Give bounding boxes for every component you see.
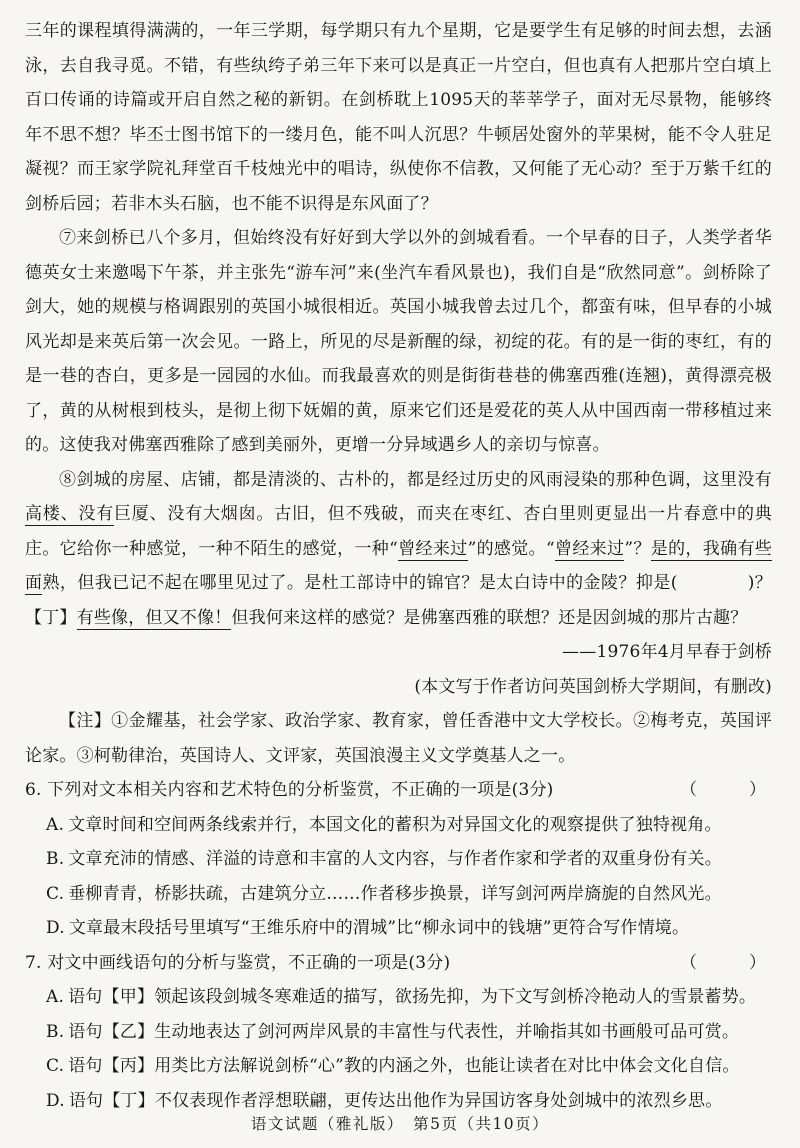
text-segment: 但我何来这样的感觉？是佛塞西雅的联想？还是因剑城的那片古趣？ [231, 608, 747, 628]
option-label: B. [46, 1022, 64, 1042]
option-text: 文章最末段括号里填写“王维乐府中的渭城”比“柳永词中的钱塘”更符合写作情境。 [69, 918, 689, 938]
option-label: B. [46, 849, 64, 869]
option-text: 语句【乙】生动地表达了剑河两岸风景的丰富性与代表性，并喻指其如书画般可品可赏。 [68, 1022, 739, 1042]
underlined-text-segment: 曾经来过 [555, 539, 625, 561]
option-text: 垂柳青青，桥影扶疏，古建筑分立……作者移步换景，详写剑河两岸旖旎的自然风光。 [68, 884, 722, 904]
option-C: C.语句【丙】用类比方法解说剑桥“心”教的内涵之外，也能让读者在对比中体会文化自… [25, 1049, 772, 1084]
answer-bracket: （ ） [680, 773, 772, 808]
passage-article: 三年的课程填得满满的，一年三学期，每学期只有九个星期，它是要学生有足够的时间去想… [25, 14, 772, 773]
text-segment: ”？ [624, 539, 650, 559]
text-segment: 【注】①金耀基，社会学家、政治学家、教育家，曾任香港中文大学校长。②梅考克，英国… [25, 711, 772, 766]
option-label: A. [46, 815, 64, 835]
text-segment: 三年的课程填得满满的，一年三学期，每学期只有九个星期，它是要学生有足够的时间去想… [25, 21, 772, 214]
option-label: D. [46, 1091, 65, 1111]
questions-section: 6. 下列对文本相关内容和艺术特色的分析鉴赏，不正确的一项是(3分)（ ）A.文… [25, 773, 772, 1118]
question-7: 7. 对文中画线语句的分析与鉴赏，不正确的一项是(3分)（ ）A.语句【甲】领起… [25, 946, 772, 1119]
question-6: 6. 下列对文本相关内容和艺术特色的分析鉴赏，不正确的一项是(3分)（ ）A.文… [25, 773, 772, 946]
question-stem: 6. 下列对文本相关内容和艺术特色的分析鉴赏，不正确的一项是(3分) [25, 773, 554, 808]
question-stem-line: 6. 下列对文本相关内容和艺术特色的分析鉴赏，不正确的一项是(3分)（ ） [25, 773, 772, 808]
option-label: C. [46, 1056, 64, 1076]
text-segment: (本文写于作者访问英国剑桥大学期间，有删改) [414, 677, 772, 697]
passage-paragraph-continuation: 三年的课程填得满满的，一年三学期，每学期只有九个星期，它是要学生有足够的时间去想… [25, 14, 772, 221]
footer-text: 语文试题（雅礼版） 第5页（共10页） [251, 1115, 549, 1133]
option-label: D. [46, 918, 65, 938]
text-segment: ——1976年4月早春于剑桥 [562, 642, 772, 662]
option-A: A.文章时间和空间两条线索并行，本国文化的蓄积为对异国文化的观察提供了独特视角。 [25, 808, 772, 843]
option-B: B.语句【乙】生动地表达了剑河两岸风景的丰富性与代表性，并喻指其如书画般可品可赏… [25, 1015, 772, 1050]
source-note: (本文写于作者访问英国剑桥大学期间，有删改) [25, 670, 772, 705]
option-text: 语句【丙】用类比方法解说剑桥“心”教的内涵之外，也能让读者在对比中体会文化自信。 [68, 1056, 739, 1076]
answer-bracket: （ ） [680, 946, 772, 981]
passage-paragraph-8: ⑧剑城的房屋、店铺，都是清淡的、古朴的，都是经过历史的风雨浸染的那种色调，这里没… [25, 463, 772, 636]
underlined-text-segment: 有些像，但又不像！ [77, 608, 232, 630]
text-segment: ”的感觉。“ [468, 539, 555, 559]
option-C: C.垂柳青青，桥影扶疏，古建筑分立……作者移步换景，详写剑河两岸旖旎的自然风光。 [25, 877, 772, 912]
option-text: 文章充沛的情感、洋溢的诗意和丰富的人文内容，与作者作家和学者的双重身份有关。 [68, 849, 722, 869]
passage-paragraph-7: ⑦来剑桥已八个多月，但始终没有好好到大学以外的剑城看看。一个早春的日子，人类学者… [25, 221, 772, 463]
option-D: D.文章最末段括号里填写“王维乐府中的渭城”比“柳永词中的钱塘”更符合写作情境。 [25, 911, 772, 946]
option-label: C. [46, 884, 64, 904]
exam-page: 三年的课程填得满满的，一年三学期，每学期只有九个星期，它是要学生有足够的时间去想… [0, 0, 800, 1148]
underlined-text-segment: 高楼、没有 [25, 504, 114, 526]
option-text: 文章时间和空间两条线索并行，本国文化的蓄积为对异国文化的观察提供了独特视角。 [68, 815, 722, 835]
byline: ——1976年4月早春于剑桥 [25, 635, 772, 670]
option-A: A.语句【甲】领起该段剑城冬寒难适的描写，欲扬先抑，为下文写剑桥冷艳动人的雪景蓄… [25, 980, 772, 1015]
option-text: 语句【丁】不仅表现作者浮想联翩，更传达出他作为异国访客身处剑城中的浓烈乡思。 [69, 1091, 723, 1111]
question-stem-line: 7. 对文中画线语句的分析与鉴赏，不正确的一项是(3分)（ ） [25, 946, 772, 981]
text-segment: ⑧剑城的房屋、店铺，都是清淡的、古朴的，都是经过历史的风雨浸染的那种色调，这里没… [59, 470, 772, 490]
option-text: 语句【甲】领起该段剑城冬寒难适的描写，欲扬先抑，为下文写剑桥冷艳动人的雪景蓄势。 [68, 987, 756, 1007]
question-stem: 7. 对文中画线语句的分析与鉴赏，不正确的一项是(3分) [25, 946, 450, 981]
text-segment: ⑦来剑桥已八个多月，但始终没有好好到大学以外的剑城看看。一个早春的日子，人类学者… [25, 228, 772, 455]
option-B: B.文章充沛的情感、洋溢的诗意和丰富的人文内容，与作者作家和学者的双重身份有关。 [25, 842, 772, 877]
underlined-text-segment: 曾经来过 [398, 539, 468, 561]
option-label: A. [46, 987, 64, 1007]
page-footer: 语文试题（雅礼版） 第5页（共10页） [0, 1112, 800, 1134]
annotation-note: 【注】①金耀基，社会学家、政治学家、教育家，曾任香港中文大学校长。②梅考克，英国… [25, 704, 772, 773]
